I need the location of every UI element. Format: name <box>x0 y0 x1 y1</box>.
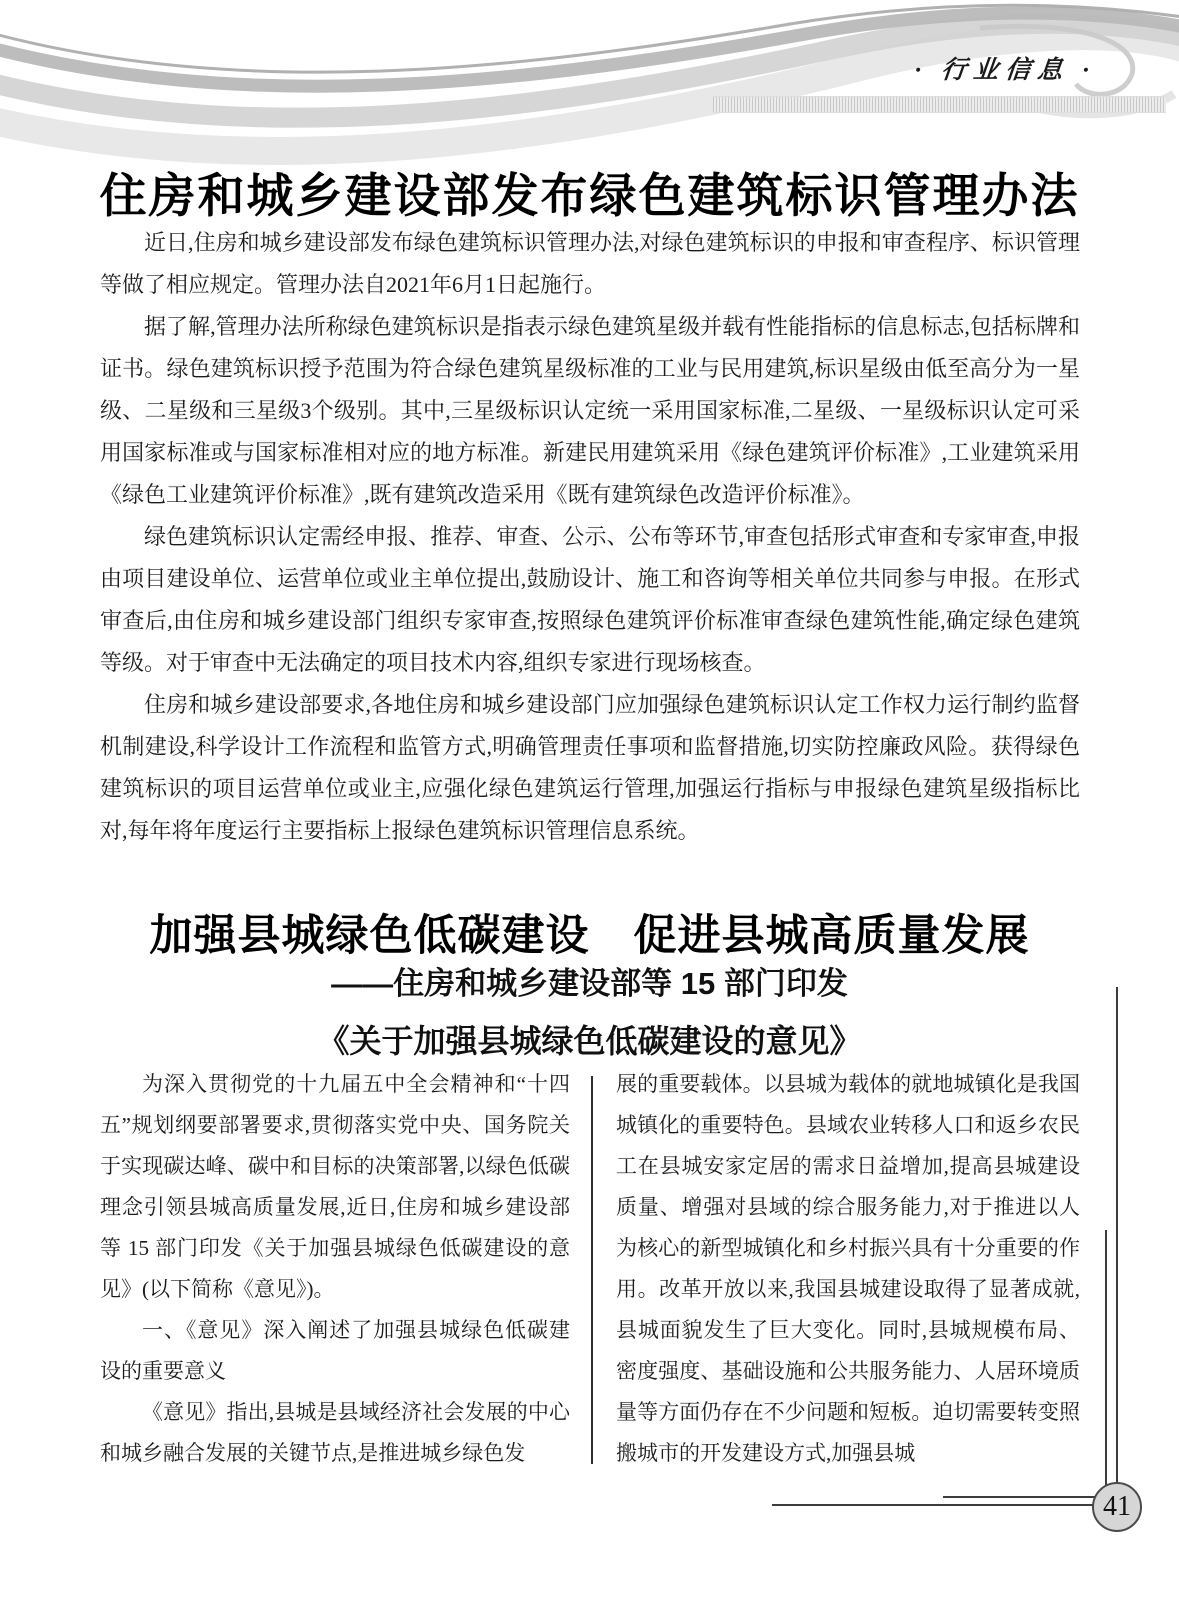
article1-title: 住房和城乡建设部发布绿色建筑标识管理办法 <box>0 159 1179 226</box>
article2-subtitle-document: 《关于加强县城绿色低碳建设的意见》 <box>0 1016 1179 1062</box>
article2-paragraph: 展的重要载体。以县城为载体的就地城镇化是我国城镇化的重要特色。县域农业转移人口和… <box>616 1064 1080 1474</box>
article1-body: 近日,住房和城乡建设部发布绿色建筑标识管理办法,对绿色建筑标识的申报和审查程序、… <box>100 222 1080 852</box>
article2-paragraph: 为深入贯彻党的十九届五中全会精神和“十四五”规划纲要部署要求,贯彻落实党中央、国… <box>100 1064 570 1310</box>
article2-two-column-section: 为深入贯彻党的十九届五中全会精神和“十四五”规划纲要部署要求,贯彻落实党中央、国… <box>100 1064 1080 1494</box>
article1-paragraph: 近日,住房和城乡建设部发布绿色建筑标识管理办法,对绿色建筑标识的申报和审查程序、… <box>100 222 1080 306</box>
footer-vertical-rule-short <box>1105 1230 1107 1488</box>
article2-subtitle-issuer: ——住房和城乡建设部等 15 部门印发 <box>0 958 1179 1003</box>
article2-paragraph: 一、《意见》深入阐述了加强县城绿色低碳建设的重要意义 <box>100 1310 570 1392</box>
article1-paragraph: 据了解,管理办法所称绿色建筑标识是指表示绿色建筑星级并载有性能指标的信息标志,包… <box>100 306 1080 516</box>
page-number-badge: 41 <box>1092 1482 1142 1532</box>
article2-right-column: 展的重要载体。以县城为载体的就地城镇化是我国城镇化的重要特色。县域农业转移人口和… <box>616 1064 1080 1474</box>
article2-left-column: 为深入贯彻党的十九届五中全会精神和“十四五”规划纲要部署要求,贯彻落实党中央、国… <box>100 1064 570 1474</box>
footer-vertical-rule-long <box>1116 987 1118 1487</box>
column-divider-rule <box>591 1076 593 1464</box>
magazine-page: · 行业信息 · 住房和城乡建设部发布绿色建筑标识管理办法 近日,住房和城乡建设… <box>0 0 1179 1600</box>
page-number: 41 <box>1103 1491 1131 1523</box>
footer-horizontal-rule-short <box>943 1496 1095 1498</box>
article2-paragraph: 《意见》指出,县城是县域经济社会发展的中心和城乡融合发展的关键节点,是推进城乡绿… <box>100 1392 570 1474</box>
article2-title: 加强县城绿色低碳建设 促进县城高质量发展 <box>0 902 1179 963</box>
article1-paragraph: 住房和城乡建设部要求,各地住房和城乡建设部门应加强绿色建筑标识认定工作权力运行制… <box>100 684 1080 852</box>
header-hatch-rule <box>713 96 1166 113</box>
section-label: · 行业信息 · <box>913 50 1157 86</box>
footer-horizontal-rule-long <box>772 1504 1094 1506</box>
article1-paragraph: 绿色建筑标识认定需经申报、推荐、审查、公示、公布等环节,审查包括形式审查和专家审… <box>100 516 1080 684</box>
